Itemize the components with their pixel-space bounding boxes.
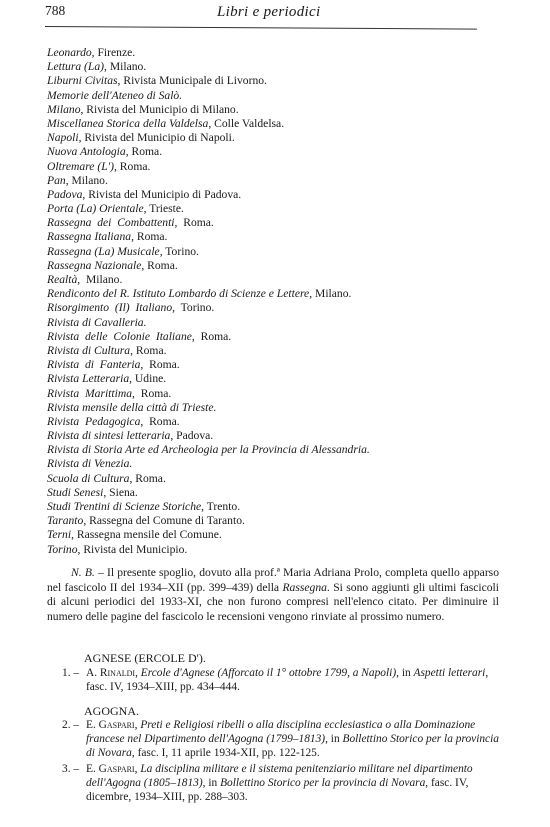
periodical-title: Studi Trentini di Scienze Storiche — [47, 500, 201, 513]
note-rassegna: Rassegna — [282, 581, 326, 594]
entry-author: E. Gaspari — [86, 719, 135, 731]
periodical-title: Rivista di sintesi letteraria — [47, 429, 170, 442]
periodical-place: , Torino. — [160, 245, 199, 258]
periodical-place: , Milano. — [104, 60, 146, 73]
document-page: 788 Libri e periodici Leonardo, Firenze.… — [0, 0, 550, 827]
periodical-place: , Roma. — [175, 216, 214, 229]
list-item: Rassegna (La) Musicale, Torino. — [47, 245, 517, 259]
periodical-place: , Rivista Municipale di Livorno. — [118, 74, 267, 87]
periodicals-list: Leonardo, Firenze. Lettura (La), Milano.… — [47, 46, 517, 557]
entry-number: 3. – — [62, 762, 79, 776]
list-item: Realtà, Milano. — [47, 273, 517, 287]
list-item: Oltremare (L'), Roma. — [47, 160, 517, 174]
periodical-title: Rendiconto del R. Istituto Lombardo di S… — [47, 287, 309, 300]
list-item: Miscellanea Storica della Valdelsa, Coll… — [47, 117, 517, 131]
list-item: Rassegna Italiana, Roma. — [47, 230, 517, 244]
list-item: Rendiconto del R. Istituto Lombardo di S… — [47, 287, 517, 301]
periodical-title: Taranto — [47, 514, 83, 527]
periodical-place: , Siena. — [103, 486, 137, 499]
entry-author: E. Gaspari — [86, 763, 135, 775]
entry-details: , fasc. I, 11 aprile 1934-XII, pp. 122-1… — [132, 747, 320, 759]
periodical-place: , Rivista del Municipio di Napoli. — [79, 131, 235, 144]
periodical-title: Terni — [47, 528, 71, 541]
list-item: Rivista Pedagogica, Roma. — [47, 415, 517, 429]
entry-number: 1. – — [62, 666, 79, 680]
bibliography-entry: 1. – A. Rinaldi, Ercole d'Agnese (Afforc… — [62, 666, 499, 694]
periodical-title: Miscellanea Storica della Valdelsa — [47, 117, 208, 130]
list-item: Rivista di Fanteria, Roma. — [47, 358, 517, 372]
list-item: Milano, Rivista del Municipio di Milano. — [47, 103, 517, 117]
bibliography-entry: 3. – E. Gaspari, La disciplina militare … — [62, 762, 499, 805]
entry-journal: Bollettino Storico per la provincia di N… — [220, 777, 425, 789]
periodical-title: Rassegna (La) Musicale — [47, 245, 160, 258]
entry-number: 2. – — [62, 718, 79, 732]
list-item: Terni, Rassegna mensile del Comune. — [47, 528, 517, 542]
periodical-title: Padova — [47, 188, 82, 201]
periodical-place: , Roma. — [130, 344, 166, 357]
periodical-place: , Rassegna mensile del Comune. — [71, 528, 222, 541]
list-item: Pan, Milano. — [47, 174, 517, 188]
entry-connector: , in — [325, 733, 342, 745]
periodical-title: Rivista di Cavalleria. — [47, 316, 147, 329]
periodical-place: , Roma. — [141, 259, 177, 272]
entry-author: A. Rinaldi — [86, 667, 135, 679]
periodical-title: Rivista di Venezia. — [47, 457, 132, 470]
periodical-place: , Colle Valdelsa. — [208, 117, 284, 130]
periodical-title: Rivista di Fanteria — [47, 358, 140, 371]
periodical-title: Torino — [47, 543, 78, 556]
list-item: Leonardo, Firenze. — [47, 46, 517, 60]
list-item: Rivista Letteraria, Udine. — [47, 372, 517, 386]
periodical-title: Memorie dell'Ateneo di Salò. — [47, 89, 182, 102]
note-label: N. B. — [71, 566, 95, 579]
list-item: Rivista di Cultura, Roma. — [47, 344, 517, 358]
periodical-title: Rassegna dei Combattenti — [47, 216, 175, 229]
entry-journal: Aspetti letterari — [414, 667, 486, 679]
list-item: Liburni Civitas, Rivista Municipale di L… — [47, 74, 517, 88]
list-item: Rivista di Venezia. — [47, 457, 517, 471]
periodical-place: , Rivista del Municipio. — [78, 543, 188, 556]
periodical-title: Leonardo — [47, 46, 92, 59]
periodical-title: Rivista di Cultura — [47, 344, 130, 357]
periodical-title: Risorgimento (Il) Italiano — [47, 301, 172, 314]
section-heading: AGOGNA. — [84, 704, 139, 719]
periodical-title: Napoli — [47, 131, 79, 144]
periodical-place: , Firenze. — [92, 46, 135, 59]
periodical-title: Oltremare (L') — [47, 160, 114, 173]
periodical-place: , Trento. — [201, 500, 240, 513]
running-title: Libri e periodici — [217, 4, 320, 21]
periodical-title: Liburni Civitas — [47, 74, 118, 87]
list-item: Rivista delle Colonie Italiane, Roma. — [47, 330, 517, 344]
periodical-title: Porta (La) Orientale — [47, 202, 144, 215]
list-item: Risorgimento (Il) Italiano, Torino. — [47, 301, 517, 315]
list-item: Scuola di Cultura, Roma. — [47, 472, 517, 486]
periodical-place: , Milano. — [309, 287, 351, 300]
periodical-place: , Roma. — [140, 358, 179, 371]
list-item: Porta (La) Orientale, Trieste. — [47, 202, 517, 216]
list-item: Rivista mensile della città di Trieste. — [47, 401, 517, 415]
entry-connector: , in — [396, 667, 413, 679]
periodical-title: Rassegna Italiana — [47, 230, 131, 243]
periodical-title: Rivista Marittima — [47, 387, 132, 400]
periodical-title: Lettura (La) — [47, 60, 104, 73]
periodical-place: , Roma. — [140, 415, 179, 428]
list-item: Napoli, Rivista del Municipio di Napoli. — [47, 131, 517, 145]
page-header: 788 Libri e periodici — [45, 3, 485, 27]
section-heading: AGNESE (ERCOLE D'). — [84, 651, 206, 666]
periodical-title: Scuola di Cultura — [47, 472, 129, 485]
periodical-place: , Roma. — [129, 472, 165, 485]
periodical-place: , Milano. — [77, 273, 122, 286]
periodical-place: , Torino. — [172, 301, 214, 314]
page-number: 788 — [45, 3, 65, 19]
entry-title: Ercole d'Agnese (Afforcato il 1° ottobre… — [141, 667, 396, 679]
periodical-place: , Rivista del Municipio di Milano. — [81, 103, 239, 116]
list-item: Padova, Rivista del Municipio di Padova. — [47, 188, 517, 202]
list-item: Nuova Antologia, Roma. — [47, 145, 517, 159]
periodical-place: , Milano. — [66, 174, 108, 187]
periodical-title: Rassegna Nazionale — [47, 259, 141, 272]
periodical-title: Pan — [47, 174, 66, 187]
periodical-place: , Roma. — [132, 387, 171, 400]
periodical-title: Studi Senesi — [47, 486, 103, 499]
list-item: Memorie dell'Ateneo di Salò. — [47, 89, 517, 103]
list-item: Rivista di sintesi letteraria, Padova. — [47, 429, 517, 443]
list-item: Rivista di Cavalleria. — [47, 316, 517, 330]
periodical-place: , Roma. — [114, 160, 150, 173]
periodical-place: , Roma. — [126, 145, 162, 158]
periodical-title: Nuova Antologia — [47, 145, 126, 158]
periodical-title: Milano — [47, 103, 81, 116]
list-item: Rassegna Nazionale, Roma. — [47, 259, 517, 273]
list-item: Studi Senesi, Siena. — [47, 486, 517, 500]
periodical-title: Rivista mensile della città di Trieste. — [47, 401, 216, 414]
periodical-title: Rivista Letteraria — [47, 372, 129, 385]
editorial-note: N. B. – Il presente spoglio, dovuto alla… — [47, 566, 499, 624]
list-item: Torino, Rivista del Municipio. — [47, 543, 517, 557]
periodical-title: Realtà — [47, 273, 77, 286]
periodical-place: , Rassegna del Comune di Taranto. — [83, 514, 245, 527]
periodical-place: , Trieste. — [144, 202, 184, 215]
list-item: Lettura (La), Milano. — [47, 60, 517, 74]
periodical-title: Rivista Pedagogica — [47, 415, 140, 428]
entry-connector: , in — [203, 777, 220, 789]
periodical-place: , Roma. — [192, 330, 231, 343]
list-item: Studi Trentini di Scienze Storiche, Tren… — [47, 500, 517, 514]
bibliography-entry: 2. – E. Gaspari, Preti e Religiosi ribel… — [62, 718, 499, 761]
periodical-place: , Roma. — [131, 230, 167, 243]
list-item: Rivista Marittima, Roma. — [47, 387, 517, 401]
periodical-place: , Rivista del Municipio di Padova. — [82, 188, 241, 201]
list-item: Rassegna dei Combattenti, Roma. — [47, 216, 517, 230]
list-item: Taranto, Rassegna del Comune di Taranto. — [47, 514, 517, 528]
periodical-place: , Udine. — [129, 372, 166, 385]
periodical-place: , Padova. — [170, 429, 213, 442]
list-item: Rivista di Storia Arte ed Archeologia pe… — [47, 443, 517, 457]
periodical-title: Rivista delle Colonie Italiane — [47, 330, 192, 343]
periodical-title: Rivista di Storia Arte ed Archeologia pe… — [47, 443, 370, 456]
